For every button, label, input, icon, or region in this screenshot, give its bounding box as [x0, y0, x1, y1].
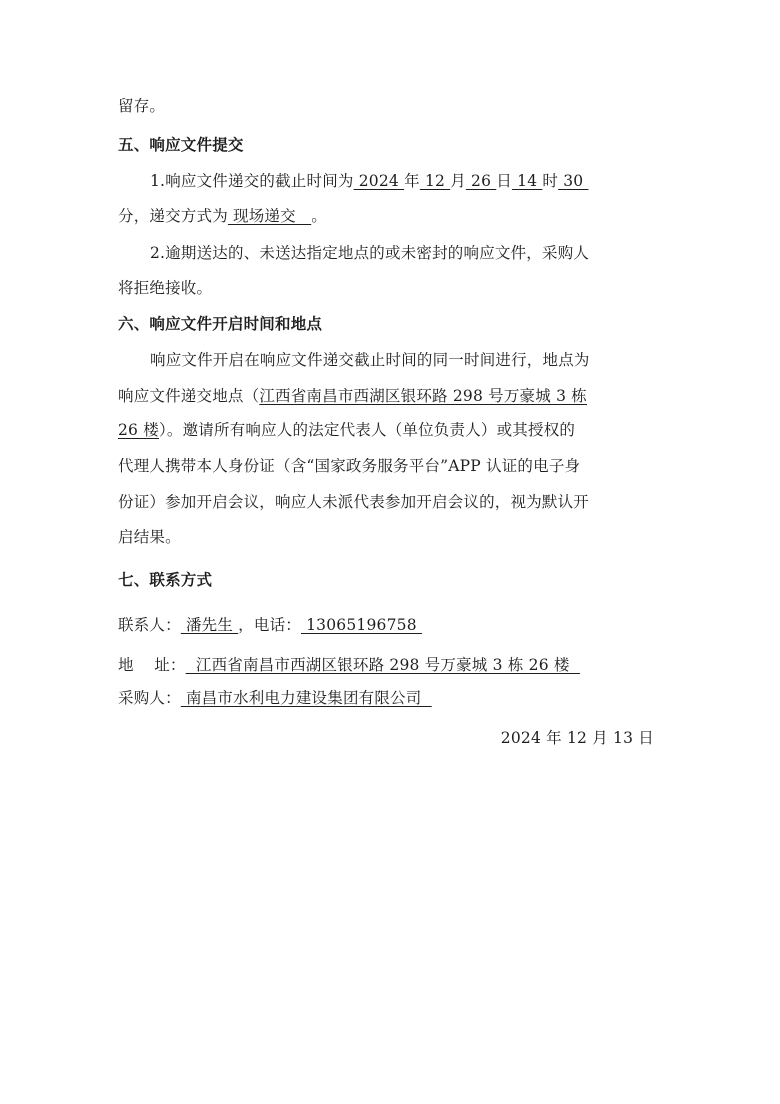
address-label: 地 址：	[118, 656, 186, 674]
contact-phone: 13065196758	[301, 616, 422, 634]
late-submission-line2: 将拒绝接收。	[118, 278, 663, 298]
purchaser-label: 采购人：	[118, 689, 181, 707]
document-page: 留存。 五、响应文件提交 1.响应文件递交的截止时间为 2024 年 12 月 …	[0, 0, 780, 1104]
submission-method-line: 分，递交方式为 现场递交 。	[118, 206, 663, 226]
deadline-year: 2024	[354, 172, 405, 190]
section5-heading: 五、响应文件提交	[118, 135, 663, 155]
deadline-month: 12	[420, 172, 450, 190]
phone-label: ，电话：	[238, 616, 301, 634]
opening-invitation: ）。邀请所有响应人的法定代表人（单位负责人）或其授权的	[159, 421, 575, 439]
opening-address: 江西省南昌市西湖区银环路 298 号万豪城 3 栋	[259, 387, 587, 405]
minute-unit: 分，递交方式为	[118, 207, 228, 225]
section6-heading: 六、响应文件开启时间和地点	[118, 314, 663, 334]
contact-address: 江西省南昌市西湖区银环路 298 号万豪城 3 栋 26 楼	[186, 656, 580, 674]
deadline-line: 1.响应文件递交的截止时间为 2024 年 12 月 26 日 14 时 30	[150, 171, 695, 191]
submission-method: 现场递交	[228, 207, 311, 225]
opening-address-floor: 26 楼	[118, 421, 159, 439]
deadline-hour: 14	[512, 172, 542, 190]
purchaser-name: 南昌市水利电力建设集团有限公司	[181, 689, 432, 707]
contact-line: 联系人： 潘先生 ，电话： 13065196758	[118, 615, 663, 635]
deadline-minute: 30	[558, 172, 588, 190]
month-unit: 月	[450, 172, 466, 190]
section7-heading: 七、联系方式	[118, 570, 663, 590]
document-date: 2024 年 12 月 13 日	[501, 728, 654, 748]
opening-location-prefix: 响应文件递交地点（	[118, 387, 259, 405]
opening-line1: 响应文件开启在响应文件递交截止时间的同一时间进行，地点为	[150, 350, 695, 370]
opening-line2: 响应文件递交地点（江西省南昌市西湖区银环路 298 号万豪城 3 栋	[118, 386, 663, 406]
late-submission-line1: 2.逾期送达的、未送达指定地点的或未密封的响应文件，采购人	[150, 243, 695, 263]
address-line: 地 址： 江西省南昌市西湖区银环路 298 号万豪城 3 栋 26 楼	[118, 655, 663, 675]
method-end: 。	[311, 207, 327, 225]
contact-name: 潘先生	[181, 616, 238, 634]
year-unit: 年	[404, 172, 420, 190]
deadline-prefix: 1.响应文件递交的截止时间为	[150, 172, 354, 190]
purchaser-line: 采购人： 南昌市水利电力建设集团有限公司	[118, 688, 663, 708]
opening-line6: 启结果。	[118, 527, 663, 547]
day-unit: 日	[496, 172, 512, 190]
opening-line4: 代理人携带本人身份证（含“国家政务服务平台”APP 认证的电子身	[118, 456, 663, 476]
opening-line3: 26 楼）。邀请所有响应人的法定代表人（单位负责人）或其授权的	[118, 420, 663, 440]
hour-unit: 时	[542, 172, 558, 190]
deadline-day: 26	[466, 172, 496, 190]
opening-line5: 份证）参加开启会议，响应人未派代表参加开启会议的，视为默认开	[118, 492, 663, 512]
continuation-text: 留存。	[118, 96, 663, 116]
contact-label: 联系人：	[118, 616, 181, 634]
